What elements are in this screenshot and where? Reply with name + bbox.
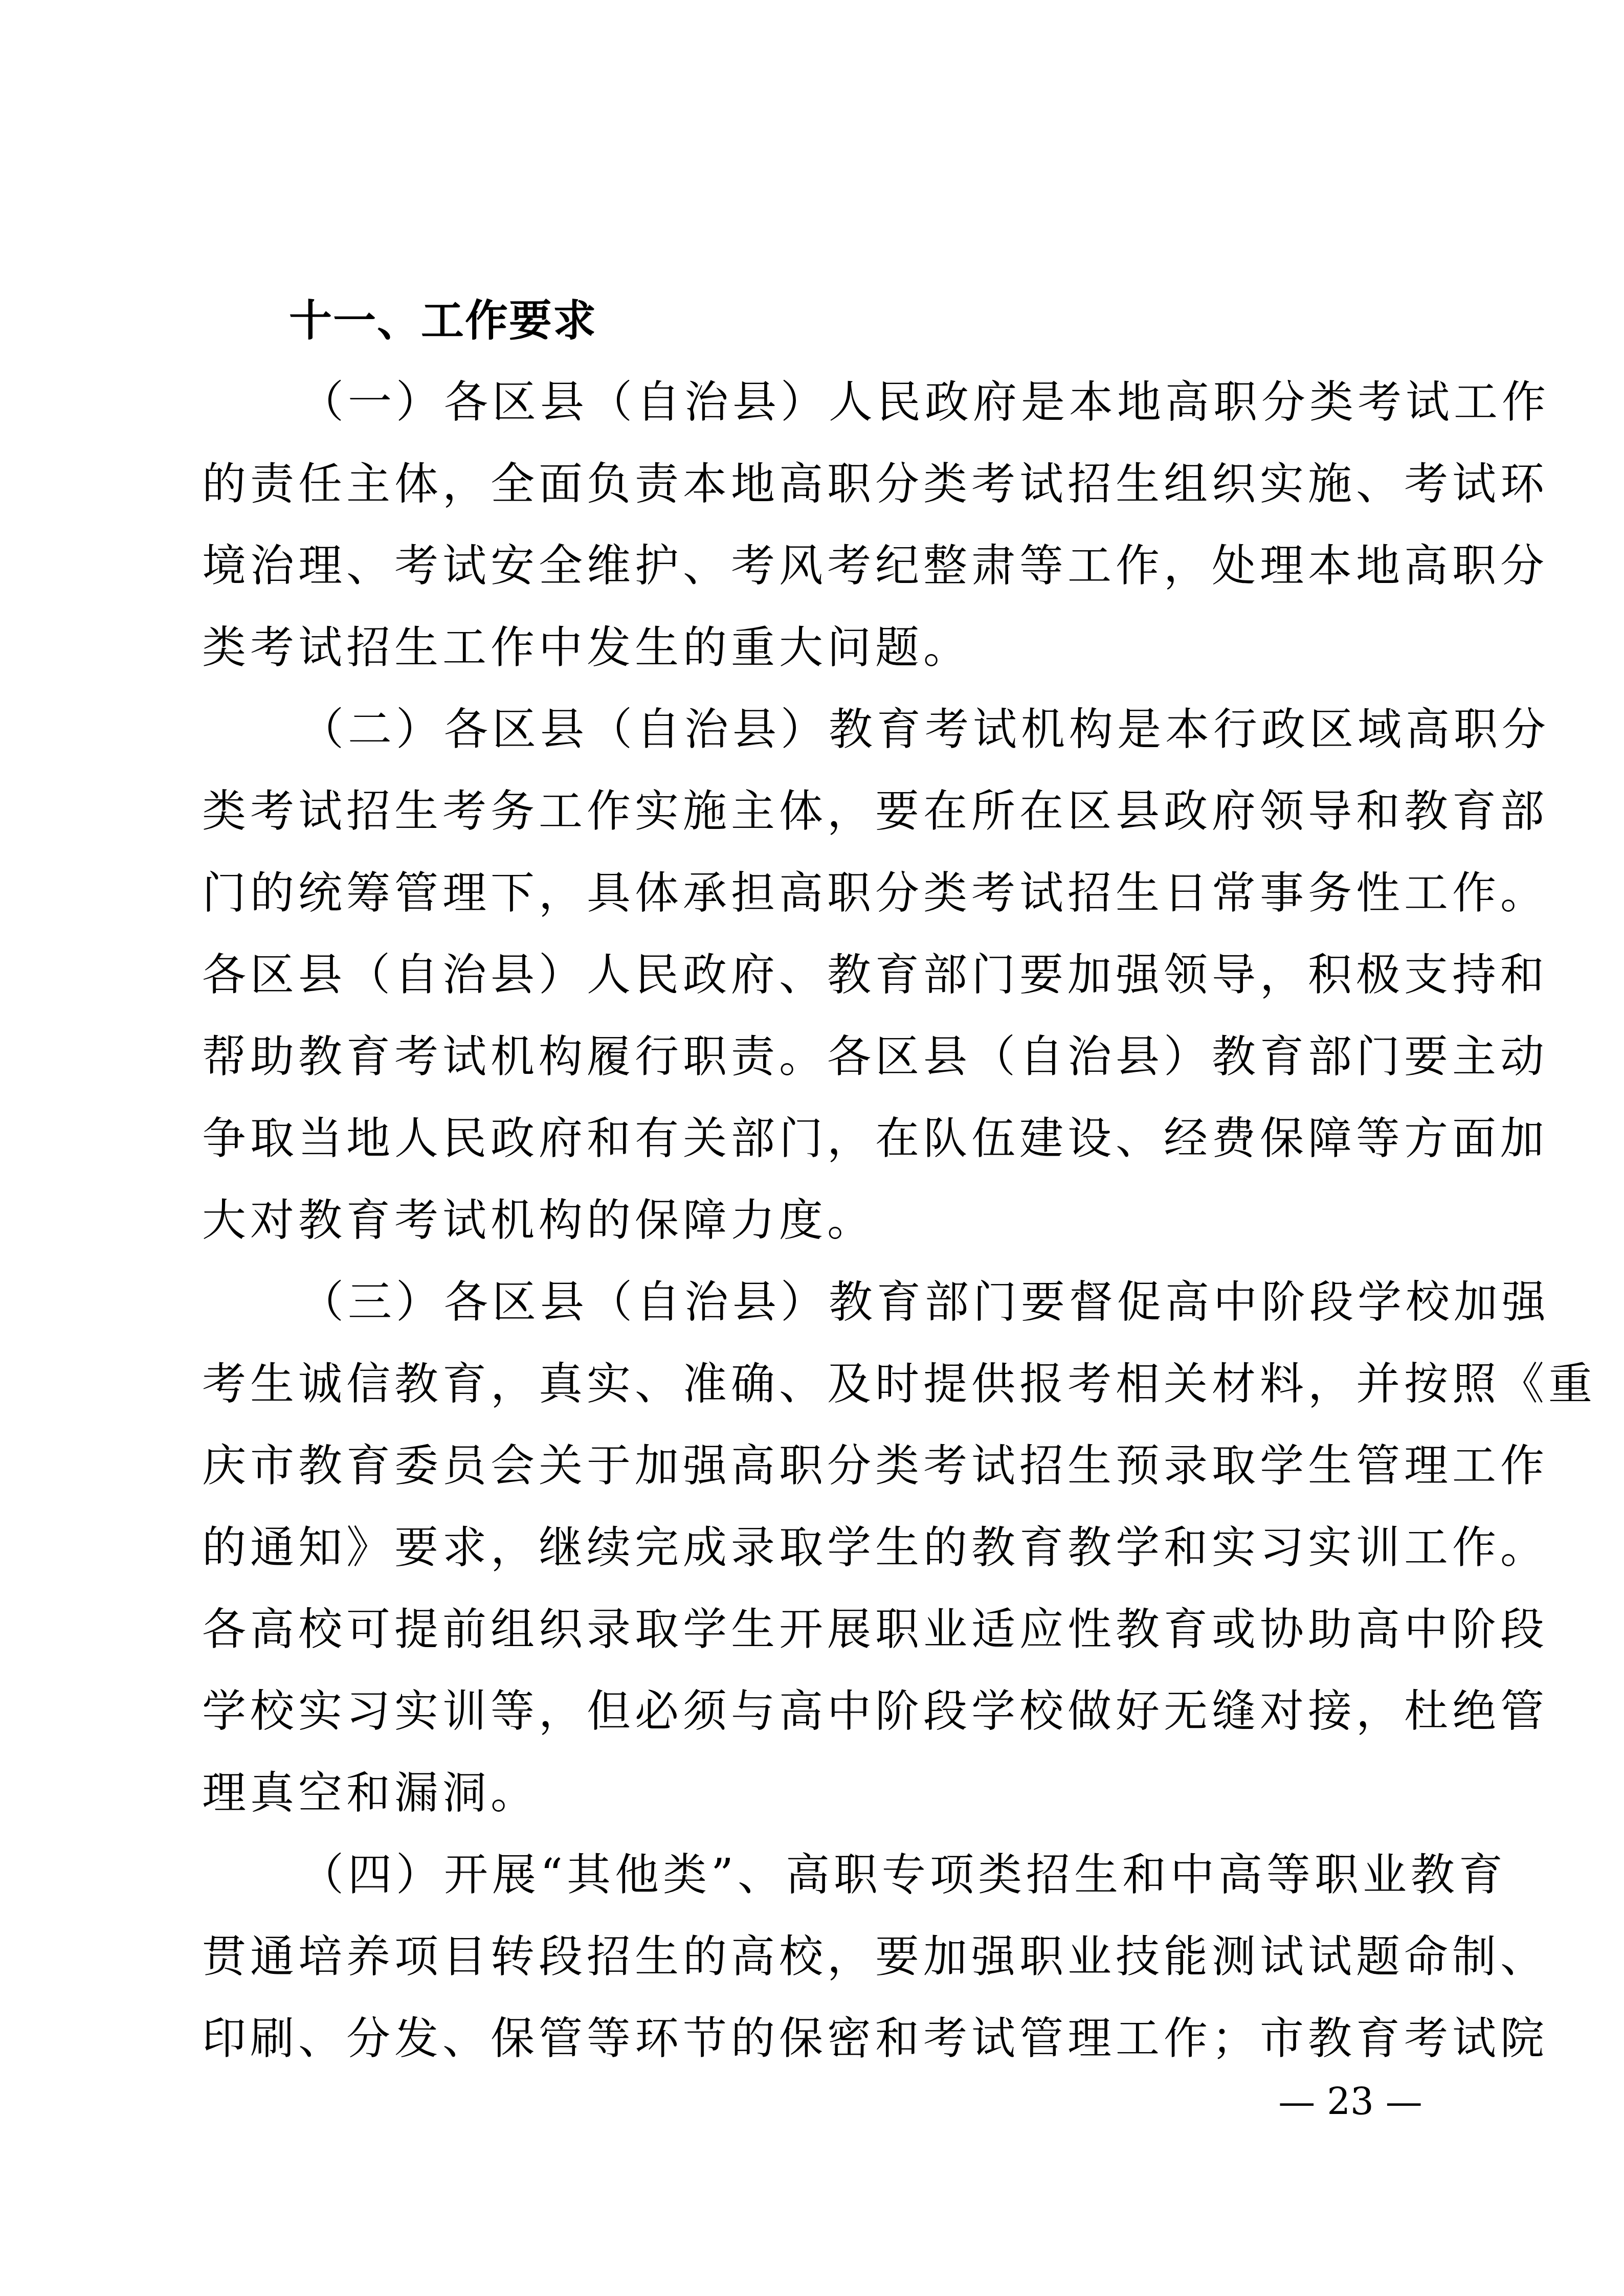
- section-heading: 十一、工作要求: [202, 280, 1425, 362]
- paragraph-line: 的通知》要求，继续完成录取学生的教育教学和实习实训工作。: [202, 1507, 1425, 1589]
- paragraph-line: 的责任主体，全面负责本地高职分类考试招生组织实施、考试环: [202, 443, 1425, 525]
- paragraph-line: 大对教育考试机构的保障力度。: [202, 1180, 1425, 1262]
- paragraph-line: 帮助教育考试机构履行职责。各区县（自治县）教育部门要主动: [202, 1016, 1425, 1098]
- paragraph-1: （一）各区县（自治县）人民政府是本地高职分类考试工作 的责任主体，全面负责本地高…: [202, 362, 1425, 689]
- paragraph-line: （一）各区县（自治县）人民政府是本地高职分类考试工作: [202, 362, 1425, 443]
- paragraph-4: （四）开展“其他类”、高职专项类招生和中高等职业教育 贯通培养项目转段招生的高校…: [202, 1834, 1425, 2080]
- paragraph-line: （三）各区县（自治县）教育部门要督促高中阶段学校加强: [202, 1262, 1425, 1343]
- paragraph-line: 理真空和漏洞。: [202, 1752, 1425, 1834]
- paragraph-line: 考生诚信教育，真实、准确、及时提供报考相关材料，并按照《重: [202, 1343, 1425, 1425]
- paragraph-line: 印刷、分发、保管等环节的保密和考试管理工作；市教育考试院: [202, 1998, 1425, 2080]
- paragraph-line: 学校实习实训等，但必须与高中阶段学校做好无缝对接，杜绝管: [202, 1671, 1425, 1752]
- document-body: 十一、工作要求 （一）各区县（自治县）人民政府是本地高职分类考试工作 的责任主体…: [202, 280, 1425, 2080]
- paragraph-line: 贯通培养项目转段招生的高校，要加强职业技能测试试题命制、: [202, 1916, 1425, 1998]
- paragraph-2: （二）各区县（自治县）教育考试机构是本行政区域高职分 类考试招生考务工作实施主体…: [202, 689, 1425, 1262]
- paragraph-line: 庆市教育委员会关于加强高职分类考试招生预录取学生管理工作: [202, 1425, 1425, 1507]
- paragraph-line: （四）开展“其他类”、高职专项类招生和中高等职业教育: [202, 1834, 1425, 1916]
- paragraph-line: （二）各区县（自治县）教育考试机构是本行政区域高职分: [202, 689, 1425, 771]
- paragraph-line: 争取当地人民政府和有关部门，在队伍建设、经费保障等方面加: [202, 1098, 1425, 1180]
- paragraph-line: 各区县（自治县）人民政府、教育部门要加强领导，积极支持和: [202, 934, 1425, 1016]
- paragraph-line: 各高校可提前组织录取学生开展职业适应性教育或协助高中阶段: [202, 1589, 1425, 1671]
- paragraph-line: 类考试招生工作中发生的重大问题。: [202, 607, 1425, 689]
- paragraph-line: 境治理、考试安全维护、考风考纪整肃等工作，处理本地高职分: [202, 525, 1425, 607]
- document-page: 十一、工作要求 （一）各区县（自治县）人民政府是本地高职分类考试工作 的责任主体…: [0, 0, 1624, 2296]
- paragraph-line: 类考试招生考务工作实施主体，要在所在区县政府领导和教育部: [202, 771, 1425, 852]
- paragraph-line: 门的统筹管理下，具体承担高职分类考试招生日常事务性工作。: [202, 852, 1425, 934]
- page-number: — 23 —: [1269, 2076, 1432, 2127]
- paragraph-3: （三）各区县（自治县）教育部门要督促高中阶段学校加强 考生诚信教育，真实、准确、…: [202, 1262, 1425, 1834]
